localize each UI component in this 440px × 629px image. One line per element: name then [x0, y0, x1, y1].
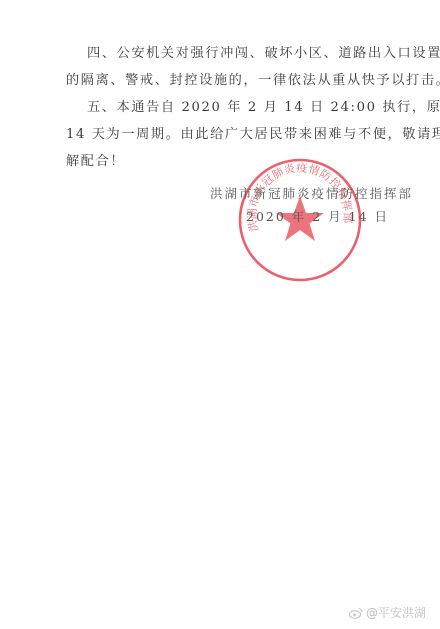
watermark-text: @平安洪湖 [366, 604, 426, 621]
paragraph-5-line-3: 解配合！ [66, 150, 125, 169]
paragraph-4-line-1: 四、公安机关对强行冲闯、破坏小区、道路出入口设置 [87, 42, 440, 61]
issuer-signature: 洪湖市新冠肺炎疫情防控指挥部 [210, 184, 413, 202]
paragraph-5-line-1: 五、本通告自 2020 年 2 月 14 日 24:00 执行，原则上以 [87, 96, 440, 115]
weibo-watermark: @平安洪湖 [349, 604, 426, 621]
paragraph-5-line-2: 14 天为一周期。由此给广大居民带来困难与不便，敬请理 [66, 123, 440, 142]
weibo-icon [349, 607, 363, 619]
paragraph-4-line-2: 的隔离、警戒、封控设施的，一律依法从重从快予以打击。 [66, 69, 440, 88]
issue-date: 2020 年 2 月 14 日 [246, 207, 389, 225]
